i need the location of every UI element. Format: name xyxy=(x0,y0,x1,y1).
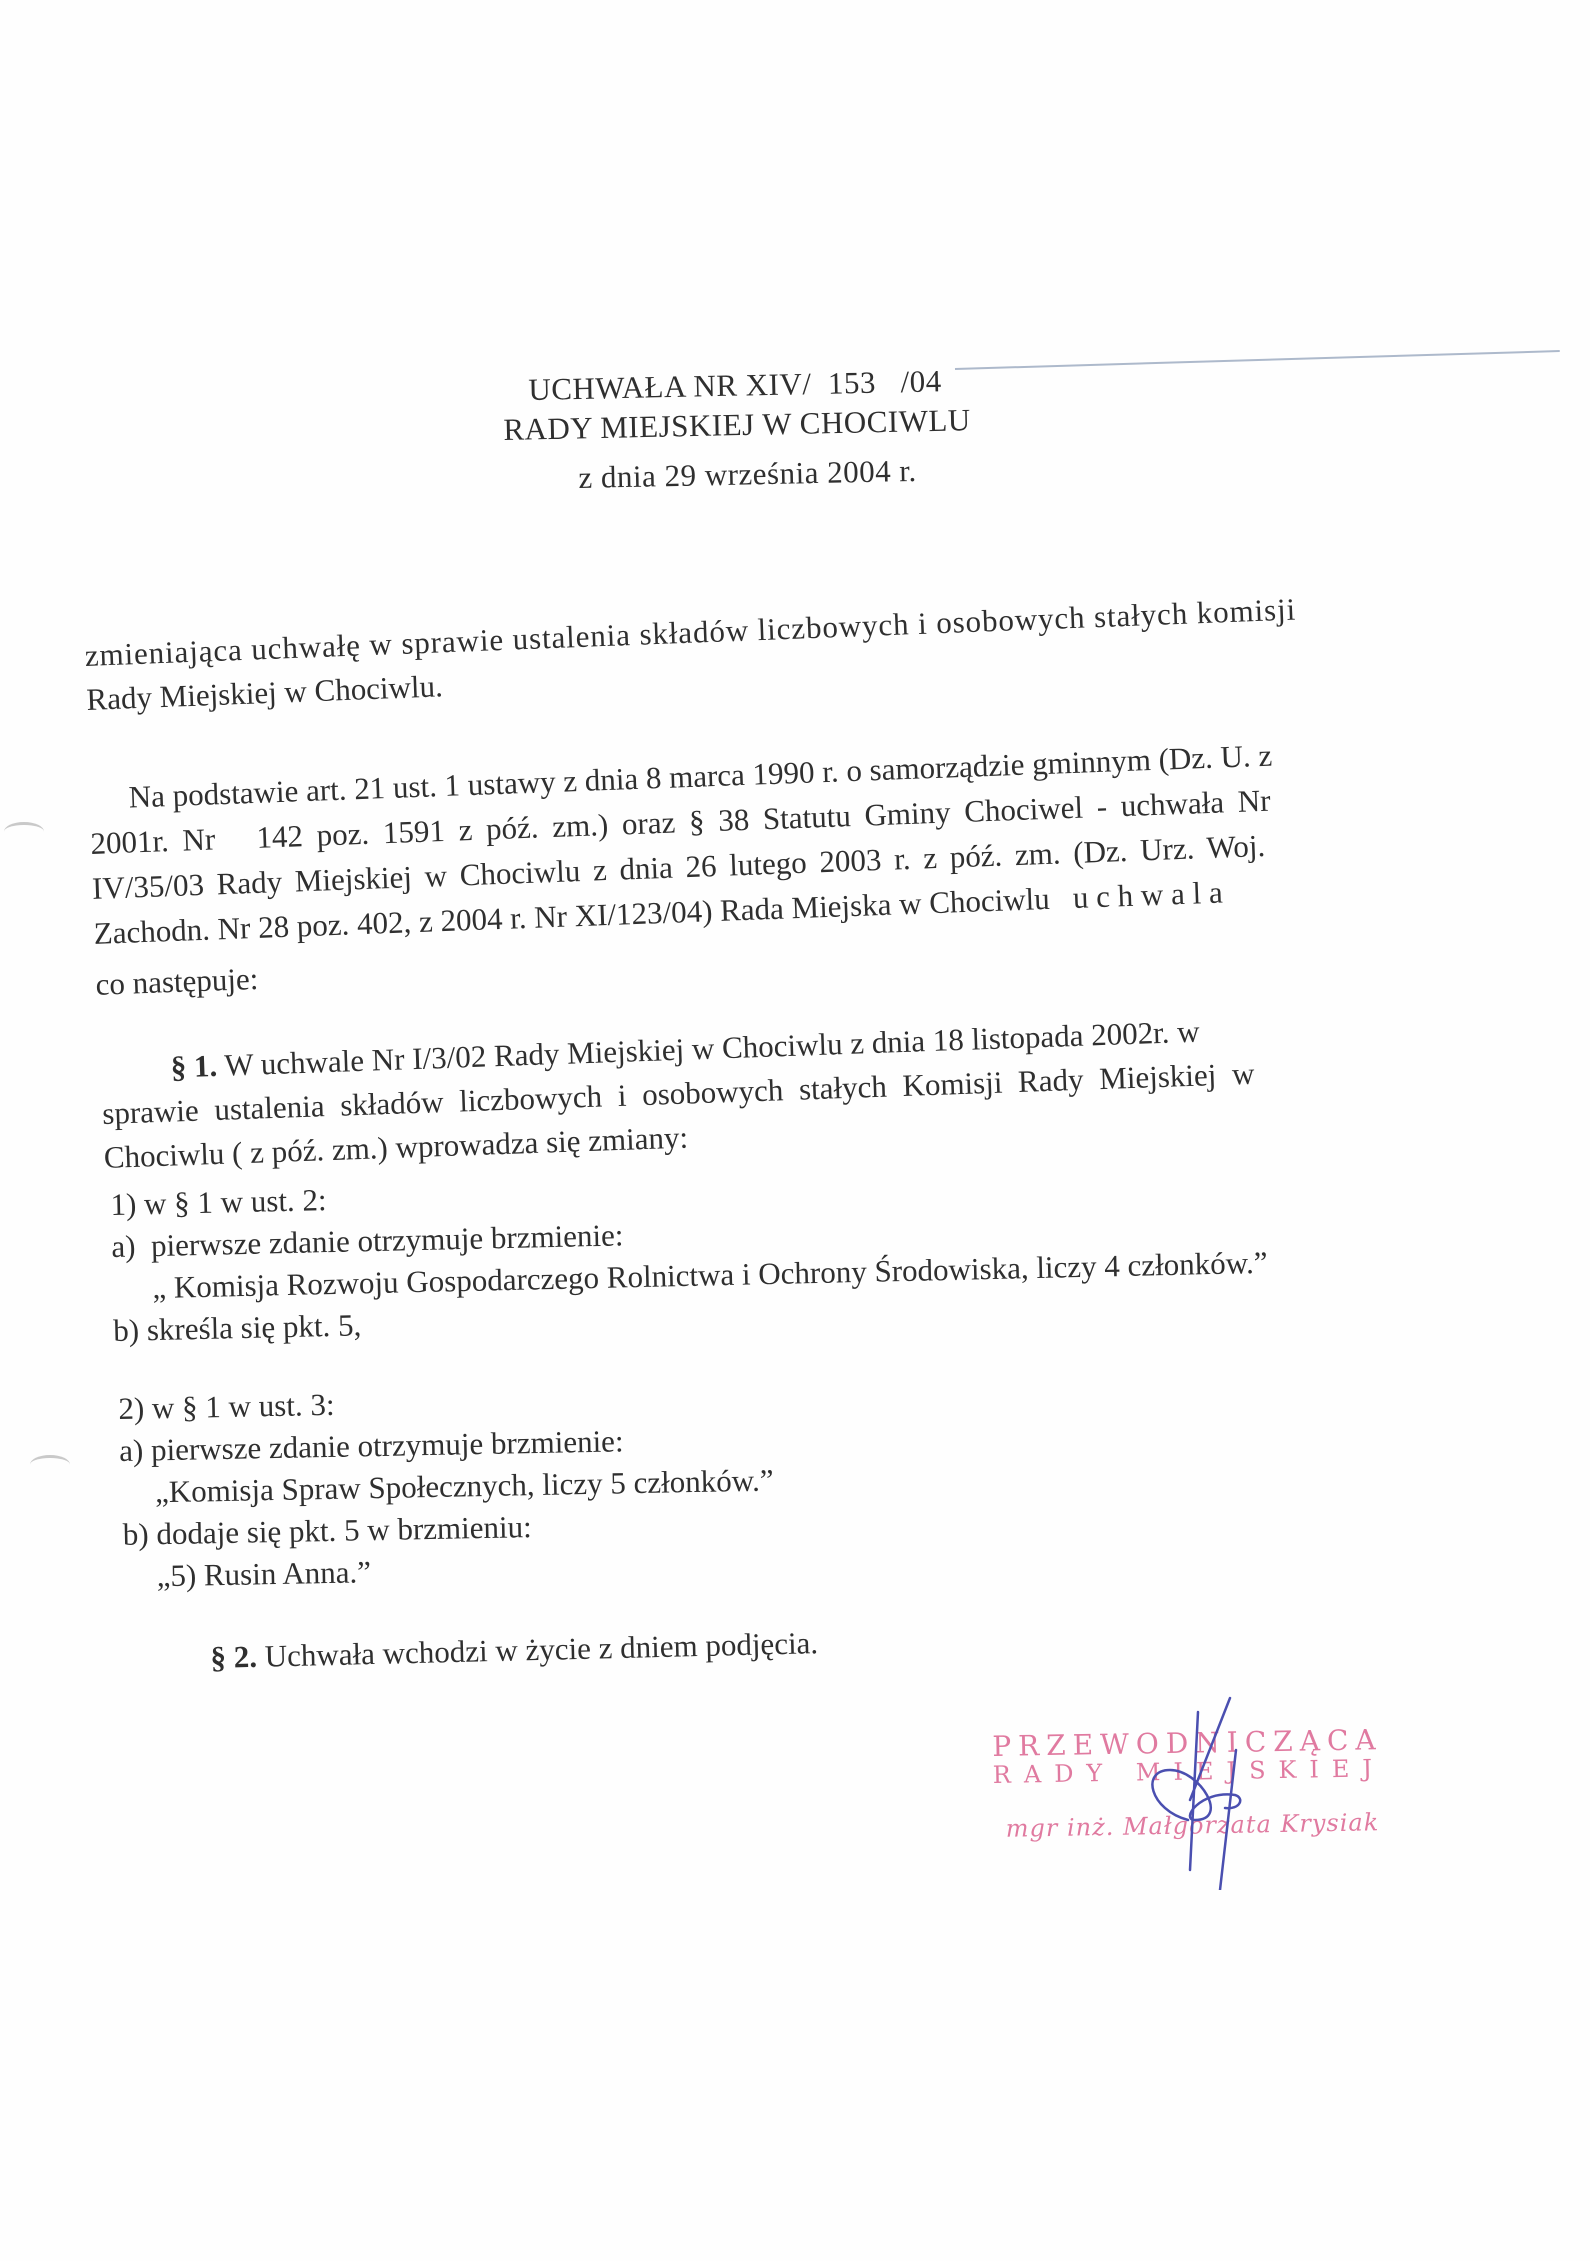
resolution-number: UCHWAŁA NR XIV/ 153 /04 xyxy=(528,363,942,408)
scanned-document-page: UCHWAŁA NR XIV/ 153 /04 RADY MIEJSKIEJ W… xyxy=(0,0,1590,2261)
section-1-label: § 1. xyxy=(170,1048,218,1085)
pen-stroke-line xyxy=(955,350,1560,370)
section-1: § 1. W uchwale Nr I/3/02 Rady Miejskiej … xyxy=(100,999,1504,1180)
section-2-label: § 2. xyxy=(210,1639,257,1675)
handwritten-signature xyxy=(1120,1690,1280,1890)
council-name: RADY MIEJSKIEJ W CHOCIWLU xyxy=(503,402,971,448)
section-2-text: Uchwała wchodzi w życie z dniem podjęcia… xyxy=(264,1625,818,1674)
resolution-date: z dnia 29 września 2004 r. xyxy=(578,453,917,496)
preamble-text: Na podstawie art. 21 ust. 1 ustawy z dni… xyxy=(88,725,1496,1007)
subject-text: zmieniająca uchwałę w sprawie ustalenia … xyxy=(84,581,1476,722)
point-2: 2) w § 1 w ust. 3: a) pierwsze zdanie ot… xyxy=(118,1375,776,1598)
punch-hole-mark xyxy=(4,822,44,841)
point-1: 1) w § 1 w ust. 2: a) pierwsze zdanie ot… xyxy=(110,1158,1269,1352)
punch-hole-mark xyxy=(30,1455,70,1474)
section-2: § 2. Uchwała wchodzi w życie z dniem pod… xyxy=(210,1621,819,1680)
